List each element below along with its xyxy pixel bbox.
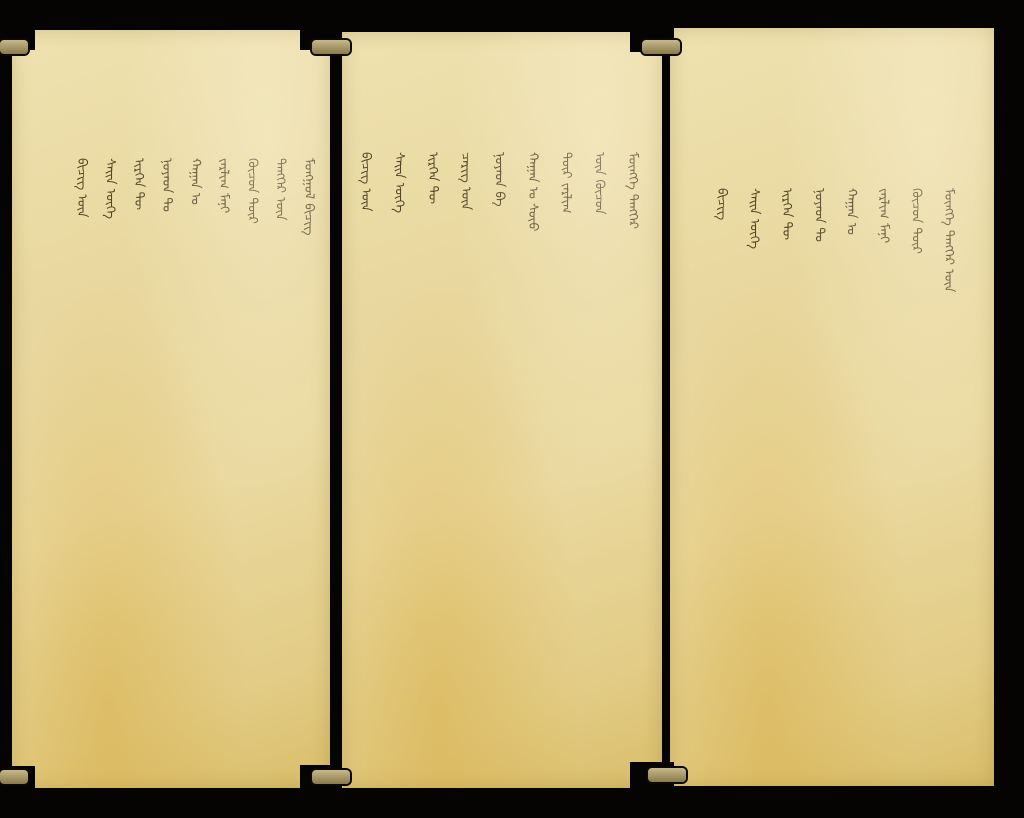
script-line: ᠵᠠᠷᠯᠢᠭ ᠮᠠᠨᠢ xyxy=(872,188,895,728)
script-line: ᠰᠠᠢᠨ ᠦᠭᠡ xyxy=(387,152,410,732)
script-line: ᠰᠠᠢᠨ ᠦᠭᠡ xyxy=(742,188,765,728)
hinge xyxy=(0,770,28,784)
script-line: ᠪᠢᠴᠢᠭ ᠦᠨ xyxy=(354,152,377,732)
hinge xyxy=(312,40,350,54)
script-line: ᠢᠷᠭᠡᠨ ᠲᠦ xyxy=(127,158,150,738)
script-line: ᠪᠢᠴᠢᠭ ᠦᠨ xyxy=(70,158,93,738)
hinge xyxy=(642,40,680,54)
script-line: ᠪᠢᠴᠢᠭ xyxy=(710,188,733,728)
script-line: ᠨᠣᠶᠠᠳ ᠲᠤ xyxy=(155,158,178,738)
script-line: ᠳᠦᠷ ᠵᠠᠷᠯᠢᠭ xyxy=(554,152,577,732)
script-line: ᠮᠥᠩᠬᠡ ᠲᠡᠩᠭᠡᠷ ᠦᠨ xyxy=(937,188,960,728)
script-line: ᠢᠷᠭᠡᠨ ᠲᠦ xyxy=(775,188,798,728)
right-plate-text: ᠮᠥᠩᠬᠡ ᠲᠡᠩᠭᠡᠷ ᠦᠨ ᠬᠦᠴᠦᠨ ᠳᠦᠷ ᠵᠠᠷᠯᠢᠭ ᠮᠠᠨᠢ ᠬᠠ… xyxy=(710,188,960,728)
right-plate: ᠮᠥᠩᠬᠡ ᠲᠡᠩᠭᠡᠷ ᠦᠨ ᠬᠦᠴᠦᠨ ᠳᠦᠷ ᠵᠠᠷᠯᠢᠭ ᠮᠠᠨᠢ ᠬᠠ… xyxy=(670,28,994,786)
script-line: ᠮᠣᠩᠭᠣᠯ ᠪᠢᠴᠢᠭ xyxy=(297,158,320,738)
script-line: ᠬᠠᠭᠠᠨ ᠤ xyxy=(840,188,863,728)
script-line: ᠬᠦᠴᠦᠨ ᠳᠦᠷ xyxy=(240,158,263,738)
middle-plate: ᠮᠥᠩᠬᠡ ᠲᠡᠩᠭᠡᠷ ᠦᠨ ᠬᠦᠴᠦᠨ ᠳᠦᠷ ᠵᠠᠷᠯᠢᠭ ᠬᠠᠭᠠᠨ ᠤ… xyxy=(342,32,662,788)
script-line: ᠬᠠᠭᠠᠨ ᠤ xyxy=(184,158,207,738)
script-line: ᠴᠡᠷᠢᠭ ᠦᠨ xyxy=(454,152,477,732)
script-line: ᠲᠡᠩᠭᠡᠷ ᠦᠨ xyxy=(269,158,292,738)
hinge xyxy=(648,768,686,782)
hinge xyxy=(0,40,28,54)
script-line: ᠨᠣᠶᠠᠳ ᠪᠠ xyxy=(488,152,511,732)
script-line: ᠦᠨ ᠬᠦᠴᠦᠨ xyxy=(588,152,611,732)
left-plate-text: ᠮᠣᠩᠭᠣᠯ ᠪᠢᠴᠢᠭ ᠲᠡᠩᠭᠡᠷ ᠦᠨ ᠬᠦᠴᠦᠨ ᠳᠦᠷ ᠵᠠᠷᠯᠢᠭ … xyxy=(70,158,320,738)
left-plate: ᠮᠣᠩᠭᠣᠯ ᠪᠢᠴᠢᠭ ᠲᠡᠩᠭᠡᠷ ᠦᠨ ᠬᠦᠴᠦᠨ ᠳᠦᠷ ᠵᠠᠷᠯᠢᠭ … xyxy=(12,30,330,788)
script-line: ᠬᠠᠭᠠᠨ ᠤ ᠰᠦᠦ xyxy=(521,152,544,732)
script-line: ᠢᠷᠭᠡᠨ ᠲᠦ xyxy=(421,152,444,732)
hinge xyxy=(312,770,350,784)
script-line: ᠨᠣᠶᠠᠳ ᠲᠤ xyxy=(807,188,830,728)
script-line: ᠵᠠᠷᠯᠢᠭ ᠮᠠᠨᠢ xyxy=(212,158,235,738)
script-line: ᠬᠦᠴᠦᠨ ᠳᠦᠷ xyxy=(905,188,928,728)
script-line: ᠰᠠᠢᠨ ᠦᠭᠡ xyxy=(98,158,121,738)
script-line: ᠮᠥᠩᠬᠡ ᠲᠡᠩᠭᠡᠷ xyxy=(621,152,644,732)
middle-plate-text: ᠮᠥᠩᠬᠡ ᠲᠡᠩᠭᠡᠷ ᠦᠨ ᠬᠦᠴᠦᠨ ᠳᠦᠷ ᠵᠠᠷᠯᠢᠭ ᠬᠠᠭᠠᠨ ᠤ… xyxy=(354,152,644,732)
